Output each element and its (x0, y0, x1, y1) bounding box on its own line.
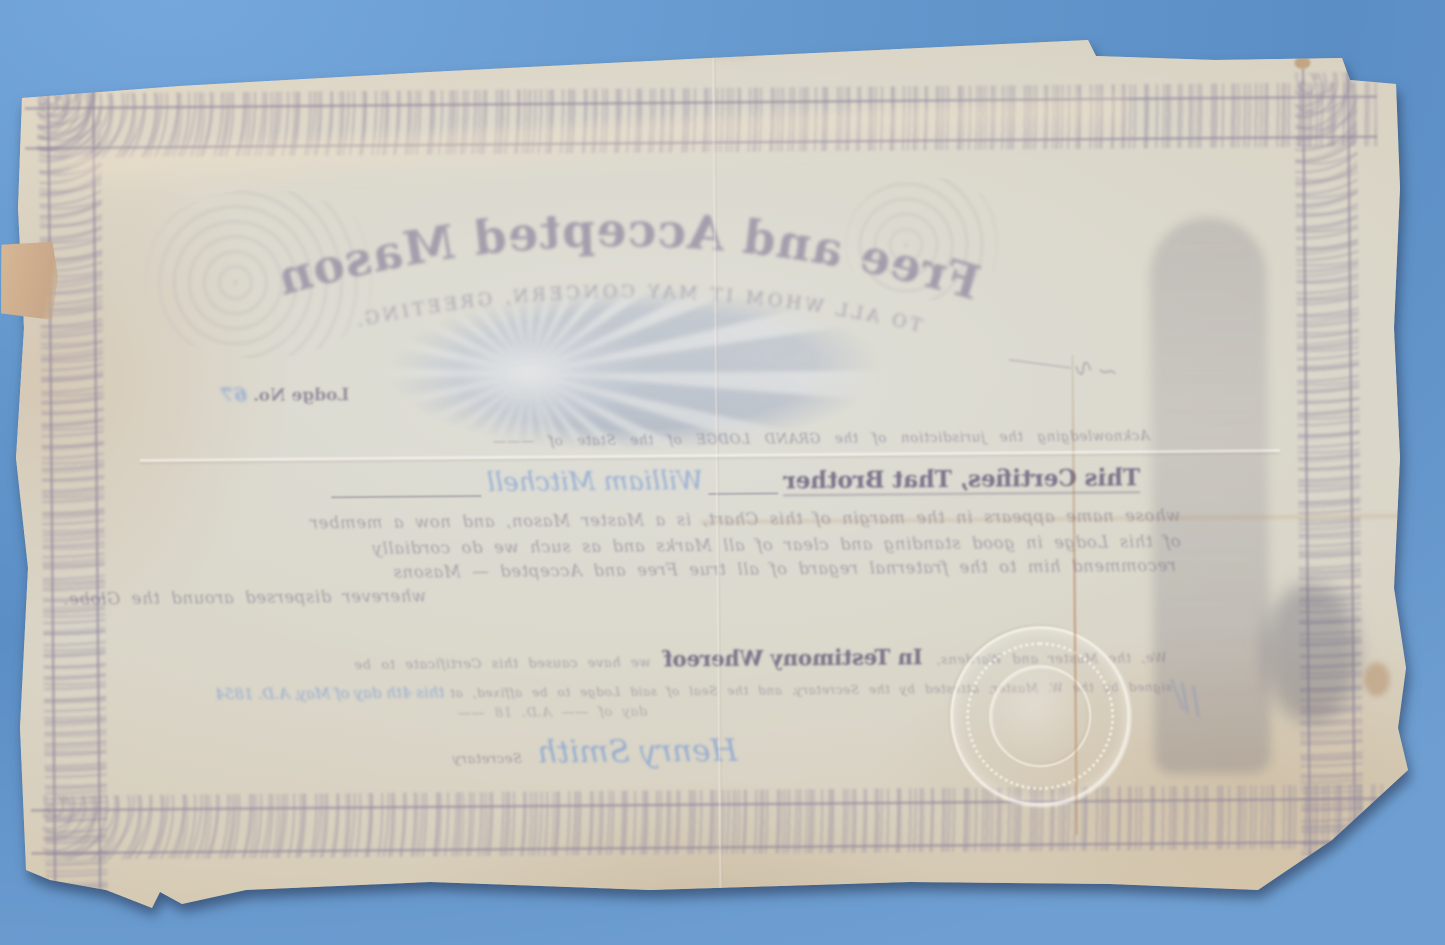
seal-inner-ring (989, 665, 1092, 768)
signature-title: Secretary (452, 752, 522, 768)
signature-row: Henry Smith Secretary (452, 733, 738, 771)
printed-area: Free and Accepted Masons TO ALL WHOM IT … (6, 22, 1418, 914)
body-line: whose name appears in the margin of this… (165, 506, 1180, 534)
flourish-mark: ~∿⸻ (1007, 338, 1121, 389)
lodge-no-row: Lodge No. 67 (221, 383, 350, 406)
dark-smudge (1263, 582, 1359, 723)
stain-top-center (694, 36, 764, 59)
brother-name-script: William Mitchell (486, 466, 703, 498)
lodge-no-value: 67 (221, 384, 248, 406)
body-line: recommend him to the fraternal regard of… (159, 556, 1176, 584)
certifies-label: This Certifies, That Brother (783, 464, 1140, 496)
embossed-seal (949, 625, 1131, 807)
testimony-line3: day of —— A.D. 18 —— (457, 705, 647, 722)
paper-scrap-edge (0, 240, 59, 320)
body-line: of this Lodge in good standing and clear… (159, 532, 1181, 560)
body-line: wherever dispersed around the Globe. (63, 587, 427, 609)
testimony-bold: In Testimony Whereof (663, 644, 922, 671)
testimony-post: we have caused this Certificate to be (354, 656, 651, 674)
lodge-no-label: Lodge No. (253, 385, 349, 406)
signature-name-script: Henry Smith (537, 733, 738, 771)
column-show-through (1150, 217, 1271, 774)
paper-sheet: Free and Accepted Masons TO ALL WHOM IT … (10, 28, 1414, 908)
testimony-line2-blue: this 4th day of May, A.D. 1854 (215, 683, 444, 703)
certificate-paper: Free and Accepted Masons TO ALL WHOM IT … (10, 28, 1414, 908)
certifies-row: This Certifies, That Brother William Mit… (140, 462, 1140, 501)
